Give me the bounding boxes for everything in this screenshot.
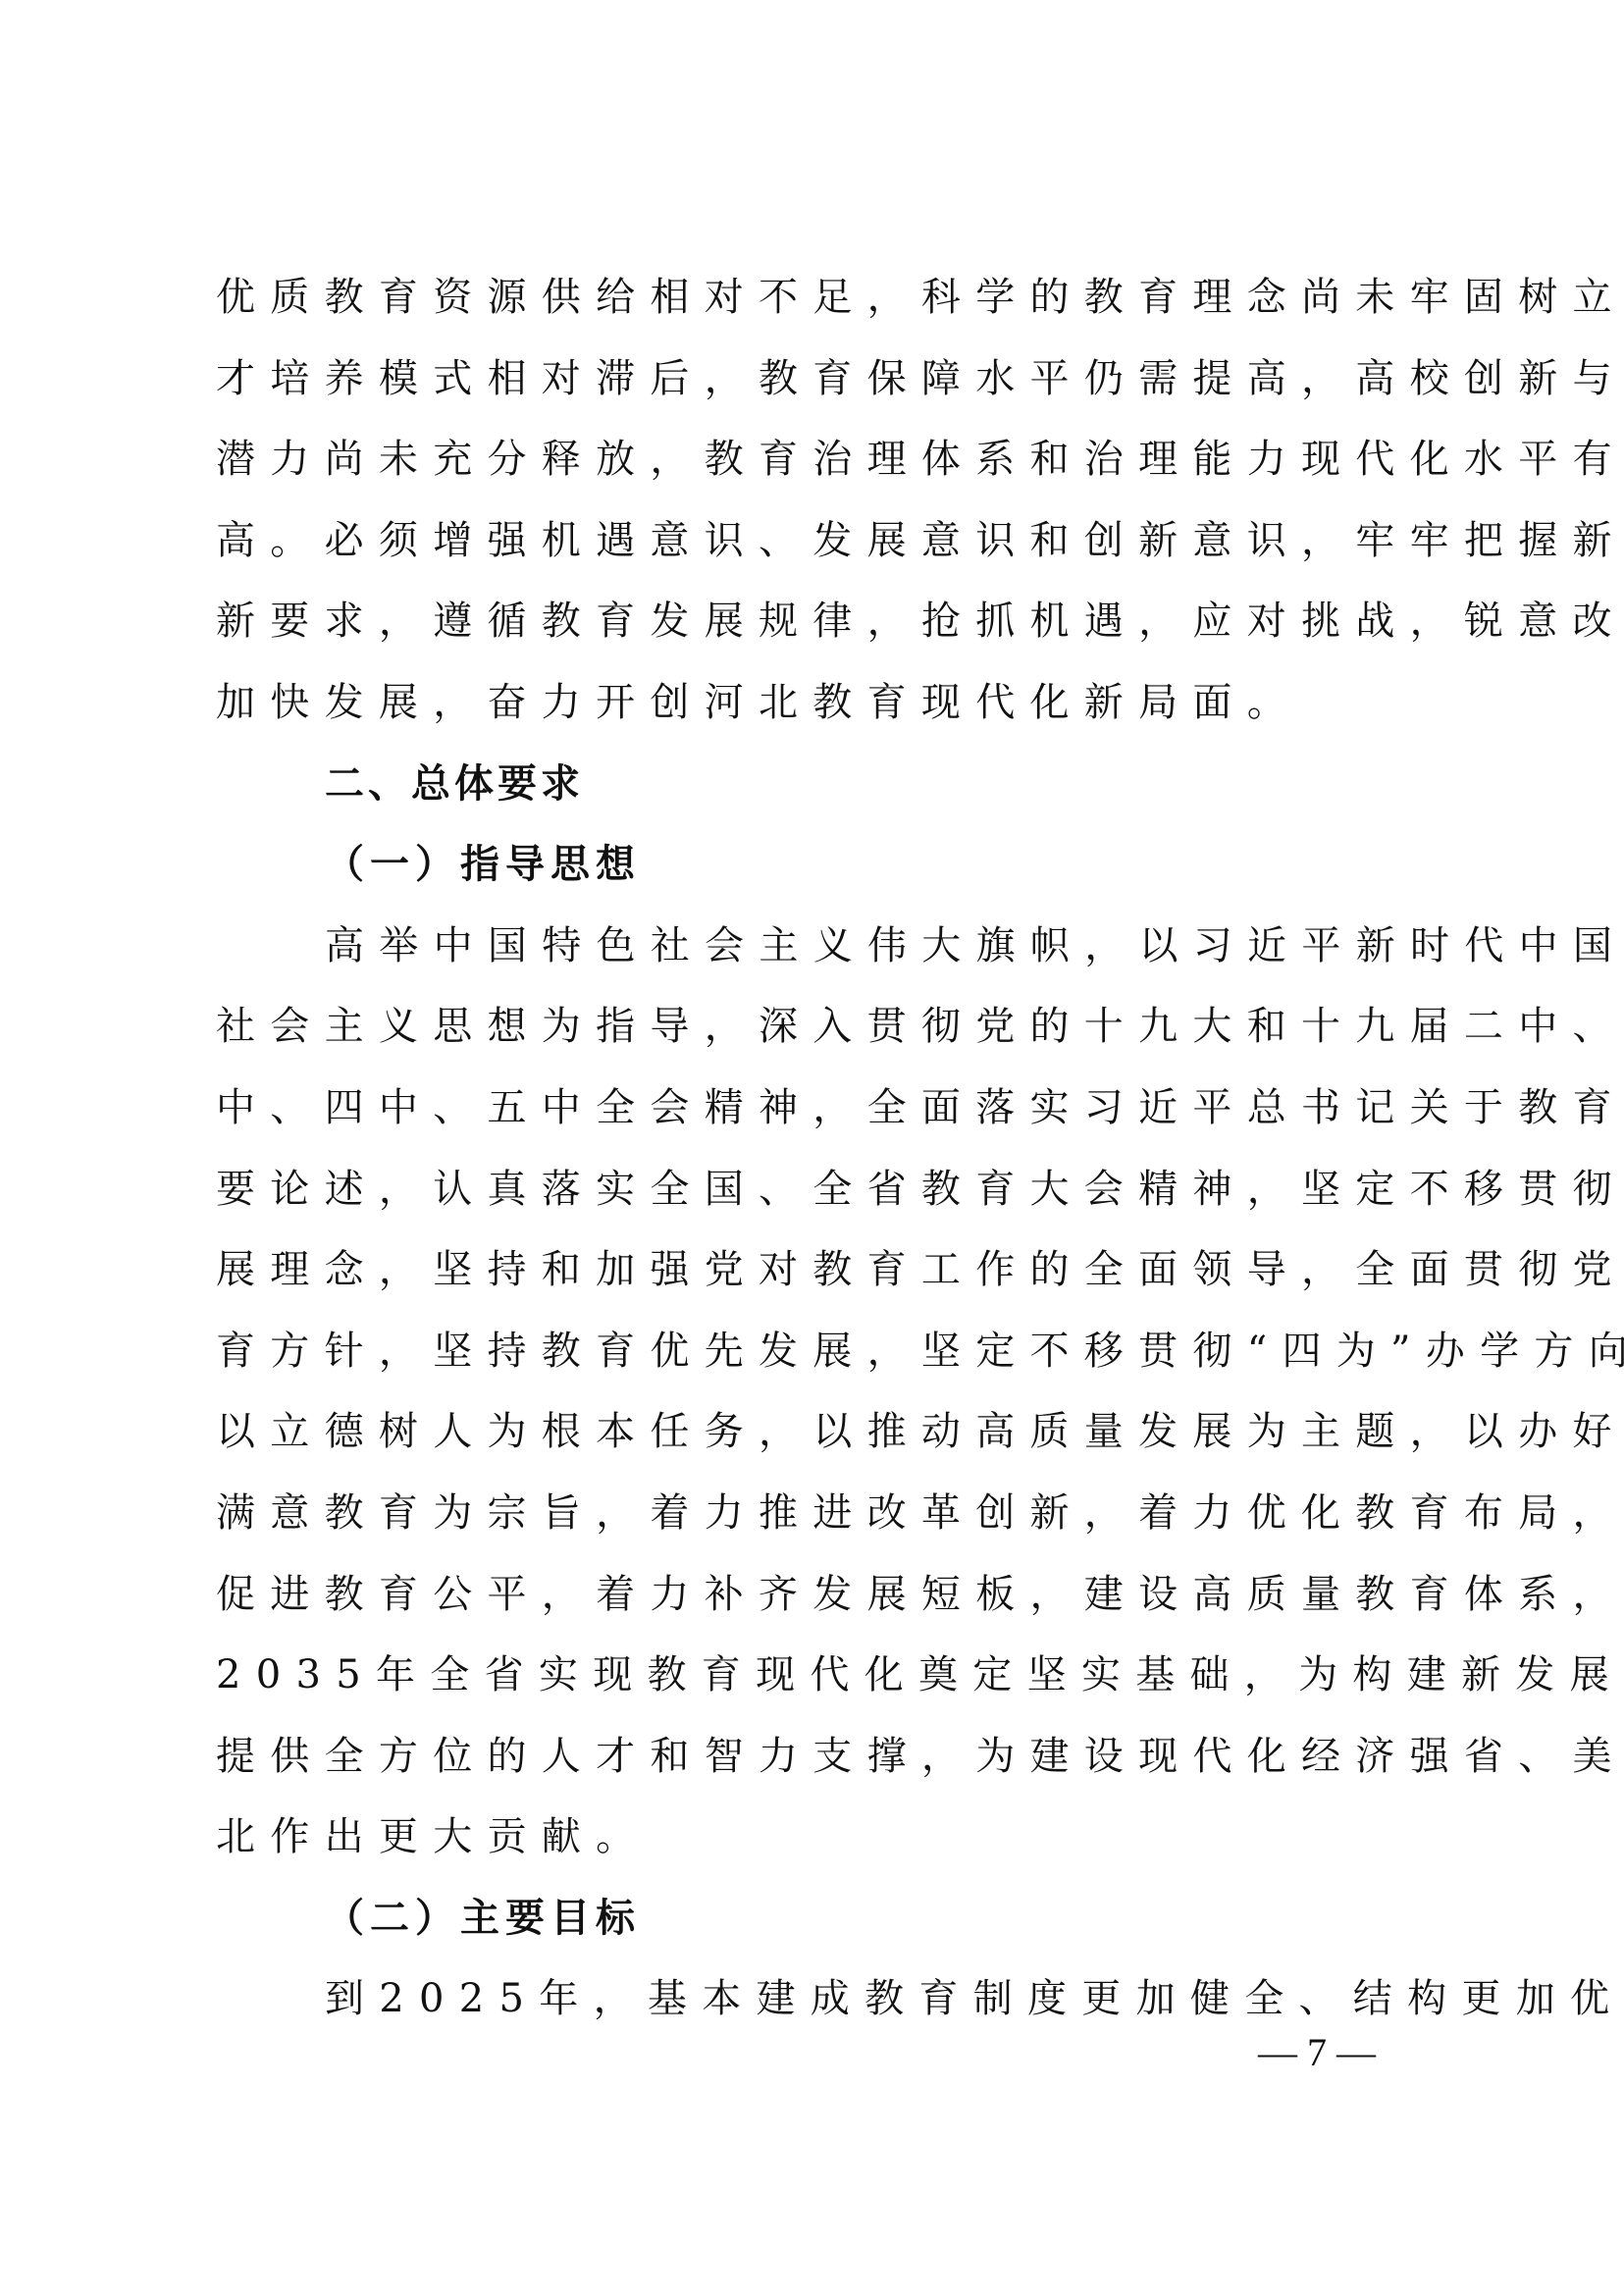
paragraph-line: 才培养模式相对滞后，教育保障水平仍需提高，高校创新与服务 [216,339,1413,420]
section-heading: 二、总体要求 [216,744,1413,825]
paragraph-line: 高。必须增强机遇意识、发展意识和创新意识，牢牢把握新特征 [216,500,1413,582]
document-page: 优质教育资源供给相对不足，科学的教育理念尚未牢固树立，人 才培养模式相对滞后，教… [0,0,1624,2296]
paragraph-line: 社会主义思想为指导，深入贯彻党的十九大和十九届二中、三 [216,986,1413,1068]
paragraph-line: 促进教育公平，着力补齐发展短板，建设高质量教育体系，为 [216,1554,1413,1636]
paragraph-line: 优质教育资源供给相对不足，科学的教育理念尚未牢固树立，人 [216,257,1413,339]
paragraph-line: 以立德树人为根本任务，以推动高质量发展为主题，以办好人民 [216,1391,1413,1473]
paragraph-line: 潜力尚未充分释放，教育治理体系和治理能力现代化水平有待提 [216,419,1413,500]
paragraph-line: 新要求，遵循教育发展规律，抢抓机遇，应对挑战，锐意改革， [216,581,1413,662]
paragraph-line: 要论述，认真落实全国、全省教育大会精神，坚定不移贯彻新发 [216,1149,1413,1230]
paragraph-line: 加快发展，奋力开创河北教育现代化新局面。 [216,662,1413,744]
subsection-heading: （一）指导思想 [216,824,1413,906]
paragraph-line: 北作出更大贡献。 [216,1797,1413,1878]
paragraph-line: 中、四中、五中全会精神，全面落实习近平总书记关于教育的重 [216,1068,1413,1149]
paragraph-line: 展理念，坚持和加强党对教育工作的全面领导，全面贯彻党的教 [216,1229,1413,1311]
paragraph-line: 2035年全省实现教育现代化奠定坚实基础，为构建新发展格局 [216,1635,1413,1716]
page-number: — 7 — [1238,2029,1395,2076]
subsection-heading: （二）主要目标 [216,1878,1413,1959]
paragraph-line: 高举中国特色社会主义伟大旗帜，以习近平新时代中国特色 [216,906,1413,987]
body-text: 优质教育资源供给相对不足，科学的教育理念尚未牢固树立，人 才培养模式相对滞后，教… [216,257,1413,2040]
paragraph-line: 育方针，坚持教育优先发展，坚定不移贯彻“四为”办学方向， [216,1311,1413,1392]
paragraph-line: 提供全方位的人才和智力支撑，为建设现代化经济强省、美丽河 [216,1716,1413,1798]
paragraph-line: 满意教育为宗旨，着力推进改革创新，着力优化教育布局，着力 [216,1473,1413,1554]
paragraph-line: 到2025年，基本建成教育制度更加健全、结构更加优化、 [216,1958,1413,2040]
